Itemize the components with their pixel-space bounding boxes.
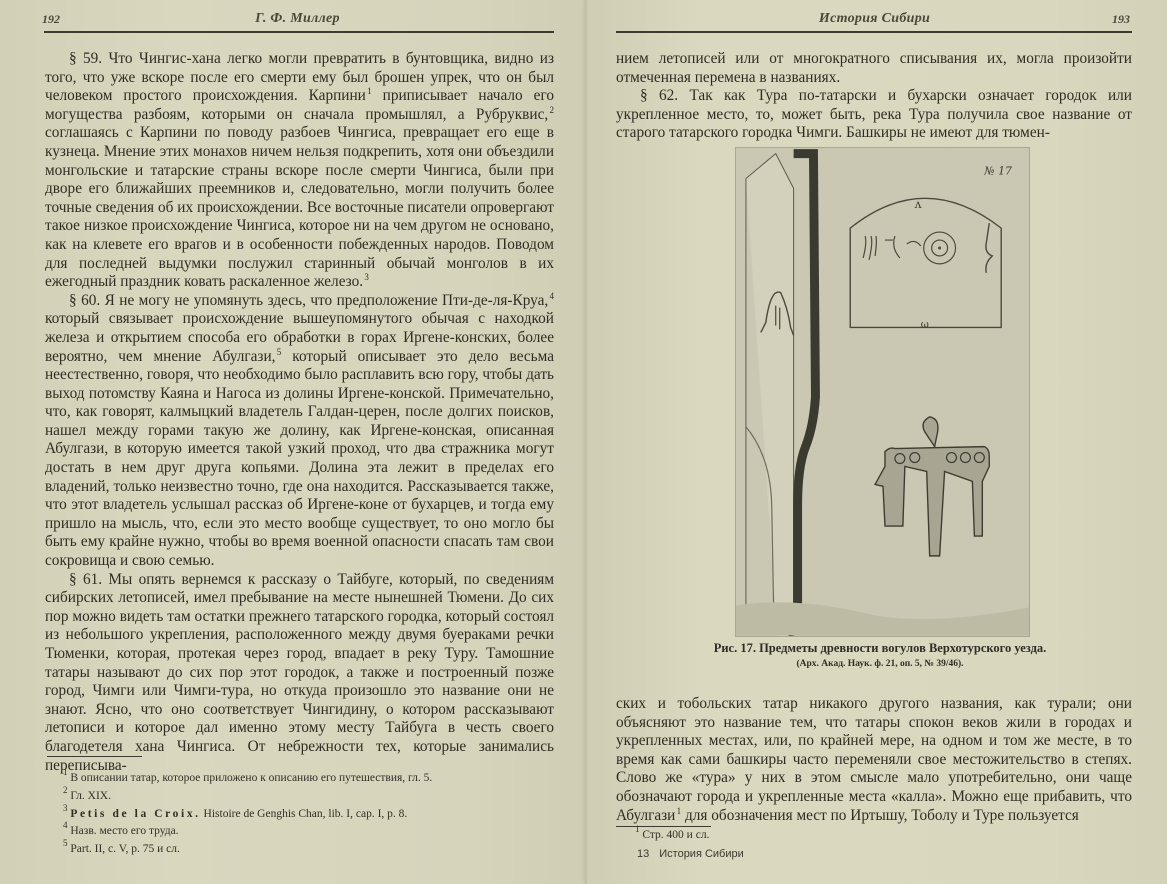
- footnote: 1 В описании татар, которое приложено к …: [63, 770, 543, 788]
- caption-source: (Арх. Акад. Наук. ф. 21, оп. 5, № 39/46)…: [700, 657, 1060, 671]
- footnote: 5 Part. II, c. V, p. 75 и сл.: [63, 841, 543, 859]
- caption-title: Рис. 17. Предметы древности вогулов Верх…: [700, 641, 1060, 656]
- figure-caption: Рис. 17. Предметы древности вогулов Верх…: [700, 641, 1060, 671]
- footnote-rule: [47, 756, 142, 757]
- svg-text:ω: ω: [921, 319, 929, 330]
- right-footnotes: 1 Стр. 400 и сл.: [635, 827, 1035, 845]
- right-body-text-top: нием летописей или от многократного спис…: [616, 50, 1132, 143]
- footnote: 3 Petis de la Croix. Histoire de Genghis…: [63, 806, 543, 824]
- footnote-ref[interactable]: 3: [364, 272, 369, 282]
- paragraph-60: § 60. Я не могу не упомянуть здесь, что …: [45, 292, 554, 571]
- left-running-head: 192 Г. Ф. Миллер: [40, 9, 555, 31]
- footnote-ref[interactable]: 2: [550, 105, 555, 115]
- footnote: 4 Назв. место его труда.: [63, 823, 543, 841]
- artifact-drawing-icon: ʌ ω № 17: [736, 148, 1029, 636]
- right-running-head: История Сибири 193: [617, 9, 1132, 31]
- paragraph-62: § 62. Так как Тура по-татарски и бухарск…: [616, 87, 1132, 143]
- header-rule: [44, 31, 554, 33]
- paragraph-59: § 59. Что Чингис-хана легко могли превра…: [45, 50, 554, 292]
- left-footnotes: 1 В описании татар, которое приложено к …: [63, 770, 543, 859]
- paragraph-61: § 61. Мы опять вернемся к рассказу о Тай…: [45, 571, 554, 776]
- paragraph-62-continued: ских и тобольских татар никакого другого…: [616, 695, 1132, 825]
- right-body-text-bottom: ских и тобольских татар никакого другого…: [616, 695, 1132, 825]
- footnote-ref[interactable]: 4: [550, 291, 555, 301]
- footnote: 1 Стр. 400 и сл.: [635, 827, 1035, 845]
- svg-text:№ 17: № 17: [983, 164, 1012, 177]
- figure-17-illustration: ʌ ω № 17: [735, 147, 1030, 637]
- book-spread: 192 Г. Ф. Миллер § 59. Что Чингис-хана л…: [0, 0, 1167, 884]
- svg-text:ʌ: ʌ: [914, 197, 922, 211]
- printer-signature: 13История Сибири: [637, 848, 744, 860]
- paragraph-continuation: нием летописей или от многократного спис…: [616, 50, 1132, 87]
- page-number: 193: [1112, 12, 1130, 27]
- header-rule: [616, 31, 1132, 33]
- left-body-text: § 59. Что Чингис-хана легко могли превра…: [45, 50, 554, 775]
- running-head-title: История Сибири: [617, 11, 1132, 27]
- left-page: 192 Г. Ф. Миллер § 59. Что Чингис-хана л…: [0, 0, 587, 884]
- footnote: 2 Гл. XIX.: [63, 788, 543, 806]
- running-head-title: Г. Ф. Миллер: [40, 11, 555, 27]
